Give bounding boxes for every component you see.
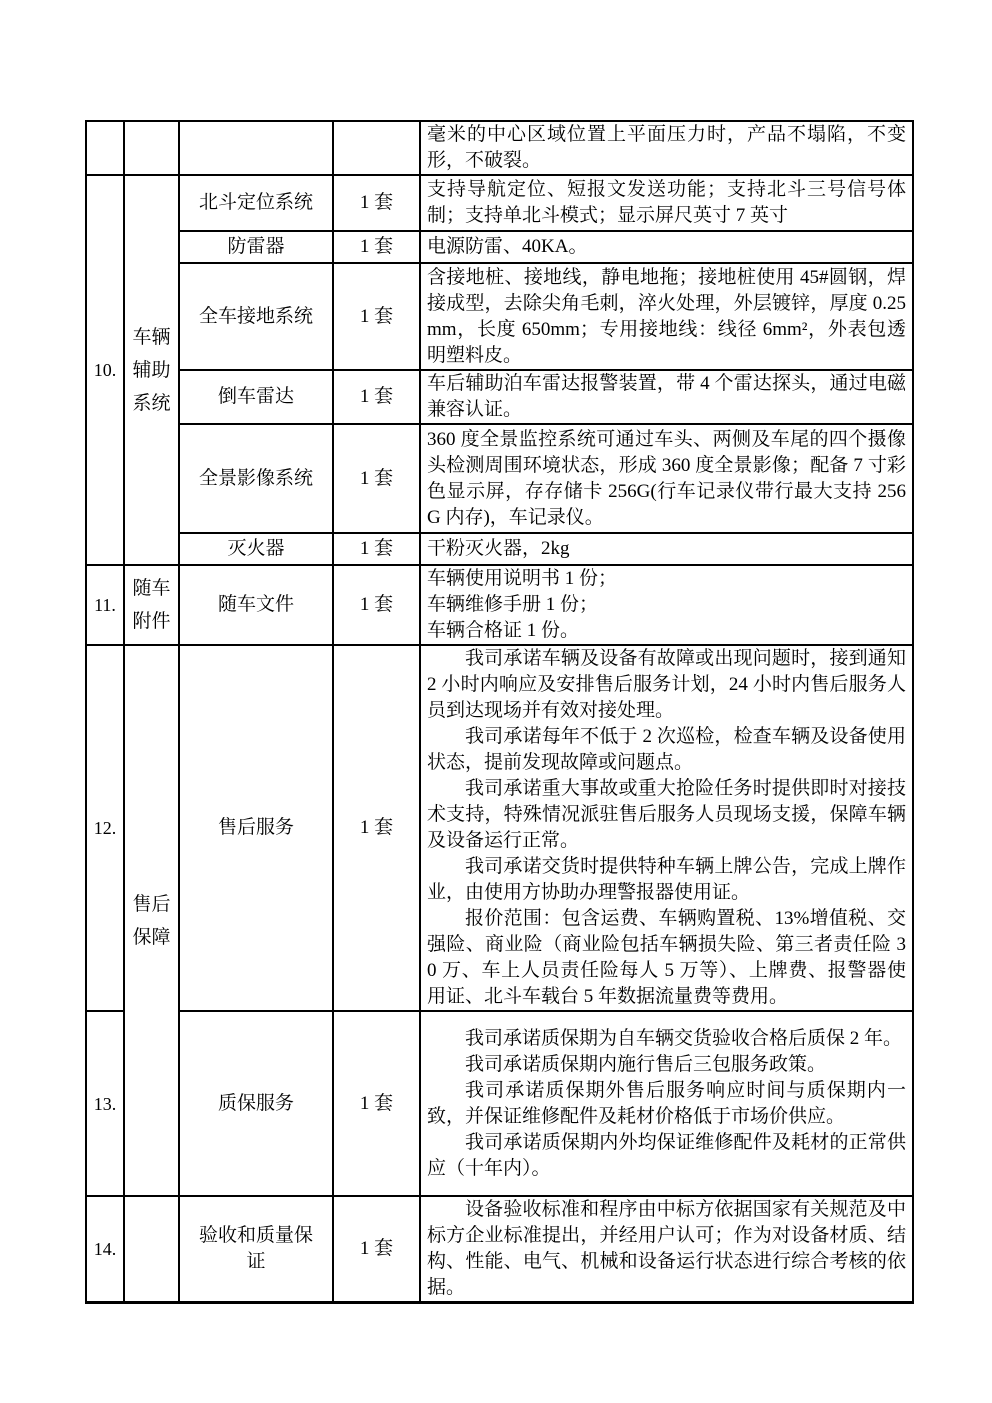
extinguisher-qty: 1 套 [333, 533, 420, 565]
row-reversing-radar: 倒车雷达 1 套 车后辅助泊车雷达报警装置，带 4 个雷达探头，通过电磁兼容认证… [86, 370, 913, 424]
row-lightning-protector: 防雷器 1 套 电源防雷、40KA。 [86, 231, 913, 263]
warranty-paragraph: 我司承诺质保期内外均保证维修配件及耗材的正常供应（十年内）。 [427, 1130, 906, 1182]
warranty-paragraph: 我司承诺质保期内施行售后三包服务政策。 [427, 1052, 906, 1078]
carryover-no-cell [86, 121, 124, 175]
lightning-desc-cell: 电源防雷、40KA。 [420, 231, 913, 263]
radar-item-name: 倒车雷达 [179, 370, 333, 424]
lightning-qty: 1 套 [333, 231, 420, 263]
grounding-desc-text: 含接地桩、接地线，静电地拖；接地桩使用 45#圆钢，焊接成型，去除尖角毛刺，淬火… [427, 265, 906, 369]
panoramic-item-name: 全景影像系统 [179, 424, 333, 533]
extinguisher-item-name: 灭火器 [179, 533, 333, 565]
carryover-item-cell [179, 121, 333, 175]
row14-number: 14. [86, 1196, 124, 1303]
carryover-qty-cell [333, 121, 420, 175]
row12-number: 12. [86, 645, 124, 1011]
grounding-item-name: 全车接地系统 [179, 263, 333, 370]
radar-desc-cell: 车后辅助泊车雷达报警装置，带 4 个雷达探头，通过电磁兼容认证。 [420, 370, 913, 424]
panoramic-desc-text: 360 度全景监控系统可通过车头、两侧及车尾的四个摄像头检测周围环境状态，形成 … [427, 427, 906, 531]
documents-qty: 1 套 [333, 565, 420, 645]
grounding-qty: 1 套 [333, 263, 420, 370]
lightning-item-name: 防雷器 [179, 231, 333, 263]
carryover-desc-text: 毫米的中心区域位置上平面压力时，产品不塌陷，不变形，不破裂。 [427, 122, 906, 174]
row-vehicle-documents: 11. 随车附件 随车文件 1 套 车辆使用说明书 1 份； 车辆维修手册 1 … [86, 565, 913, 645]
after-sales-paragraph: 报价范围：包含运费、车辆购置税、13%增值税、交强险、商业险（商业险包括车辆损失… [427, 906, 906, 1010]
row-grounding-system: 全车接地系统 1 套 含接地桩、接地线，静电地拖；接地桩使用 45#圆钢，焊接成… [86, 263, 913, 370]
after-sales-item-name: 售后服务 [179, 645, 333, 1011]
acceptance-paragraph: 设备验收标准和程序由中标方依据国家有关规范及中标方企业标准提出，并经用户认可；作… [427, 1197, 906, 1301]
documents-item-name: 随车文件 [179, 565, 333, 645]
documents-desc-cell: 车辆使用说明书 1 份； 车辆维修手册 1 份； 车辆合格证 1 份。 [420, 565, 913, 645]
row10-category: 车辆辅助系统 [124, 175, 179, 565]
radar-qty: 1 套 [333, 370, 420, 424]
row12-category: 售后保障 [124, 645, 179, 1196]
after-sales-paragraph: 我司承诺每年不低于 2 次巡检，检查车辆及设备使用状态，提前发现故障或问题点。 [427, 724, 906, 776]
after-sales-paragraph: 我司承诺车辆及设备有故障或出现问题时，接到通知 2 小时内响应及安排售后服务计划… [427, 646, 906, 724]
after-sales-paragraph: 我司承诺重大事故或重大抢险任务时提供即时对接技术支持，特殊情况派驻售后服务人员现… [427, 776, 906, 854]
beidou-qty: 1 套 [333, 175, 420, 231]
row10-number: 10. [86, 175, 124, 565]
row14-category [124, 1196, 179, 1303]
acceptance-desc-cell: 设备验收标准和程序由中标方依据国家有关规范及中标方企业标准提出，并经用户认可；作… [420, 1196, 913, 1303]
warranty-qty: 1 套 [333, 1011, 420, 1196]
beidou-item-name: 北斗定位系统 [179, 175, 333, 231]
carryover-desc-cell: 毫米的中心区域位置上平面压力时，产品不塌陷，不变形，不破裂。 [420, 121, 913, 175]
acceptance-qty: 1 套 [333, 1196, 420, 1303]
row13-number: 13. [86, 1011, 124, 1196]
after-sales-desc-cell: 我司承诺车辆及设备有故障或出现问题时，接到通知 2 小时内响应及安排售后服务计划… [420, 645, 913, 1011]
warranty-paragraph: 我司承诺质保期为自车辆交货验收合格后质保 2 年。 [427, 1026, 906, 1052]
row-carryover: 毫米的中心区域位置上平面压力时，产品不塌陷，不变形，不破裂。 [86, 121, 913, 175]
radar-desc-text: 车后辅助泊车雷达报警装置，带 4 个雷达探头，通过电磁兼容认证。 [427, 371, 906, 423]
row-beidou-system: 10. 车辆辅助系统 北斗定位系统 1 套 支持导航定位、短报文发送功能；支持北… [86, 175, 913, 231]
extinguisher-desc-text: 干粉灭火器，2kg [427, 536, 906, 562]
after-sales-paragraph: 我司承诺交货时提供特种车辆上牌公告，完成上牌作业，由使用方协助办理警报器使用证。 [427, 854, 906, 906]
warranty-paragraph: 我司承诺质保期外售后服务响应时间与质保期内一致，并保证维修配件及耗材价格低于市场… [427, 1078, 906, 1130]
after-sales-qty: 1 套 [333, 645, 420, 1011]
spec-table: 毫米的中心区域位置上平面压力时，产品不塌陷，不变形，不破裂。 10. 车辆辅助系… [85, 120, 914, 1304]
panoramic-desc-cell: 360 度全景监控系统可通过车头、两侧及车尾的四个摄像头检测周围环境状态，形成 … [420, 424, 913, 533]
documents-desc-line: 车辆维修手册 1 份； [427, 592, 906, 618]
documents-desc-line: 车辆使用说明书 1 份； [427, 566, 906, 592]
beidou-desc-text: 支持导航定位、短报文发送功能；支持北斗三号信号体制；支持单北斗模式；显示屏尺英寸… [427, 177, 906, 229]
acceptance-item-name: 验收和质量保证 [179, 1196, 333, 1303]
carryover-category-cell [124, 121, 179, 175]
panoramic-qty: 1 套 [333, 424, 420, 533]
row-acceptance-quality: 14. 验收和质量保证 1 套 设备验收标准和程序由中标方依据国家有关规范及中标… [86, 1196, 913, 1303]
row-panoramic-system: 全景影像系统 1 套 360 度全景监控系统可通过车头、两侧及车尾的四个摄像头检… [86, 424, 913, 533]
beidou-desc-cell: 支持导航定位、短报文发送功能；支持北斗三号信号体制；支持单北斗模式；显示屏尺英寸… [420, 175, 913, 231]
warranty-desc-cell: 我司承诺质保期为自车辆交货验收合格后质保 2 年。 我司承诺质保期内施行售后三包… [420, 1011, 913, 1196]
documents-desc-line: 车辆合格证 1 份。 [427, 618, 906, 644]
row-warranty-service: 13. 质保服务 1 套 我司承诺质保期为自车辆交货验收合格后质保 2 年。 我… [86, 1011, 913, 1196]
row-after-sales-service: 12. 售后保障 售后服务 1 套 我司承诺车辆及设备有故障或出现问题时，接到通… [86, 645, 913, 1011]
row-fire-extinguisher: 灭火器 1 套 干粉灭火器，2kg [86, 533, 913, 565]
grounding-desc-cell: 含接地桩、接地线，静电地拖；接地桩使用 45#圆钢，焊接成型，去除尖角毛刺，淬火… [420, 263, 913, 370]
extinguisher-desc-cell: 干粉灭火器，2kg [420, 533, 913, 565]
row11-category: 随车附件 [124, 565, 179, 645]
warranty-item-name: 质保服务 [179, 1011, 333, 1196]
lightning-desc-text: 电源防雷、40KA。 [427, 234, 906, 260]
row11-number: 11. [86, 565, 124, 645]
